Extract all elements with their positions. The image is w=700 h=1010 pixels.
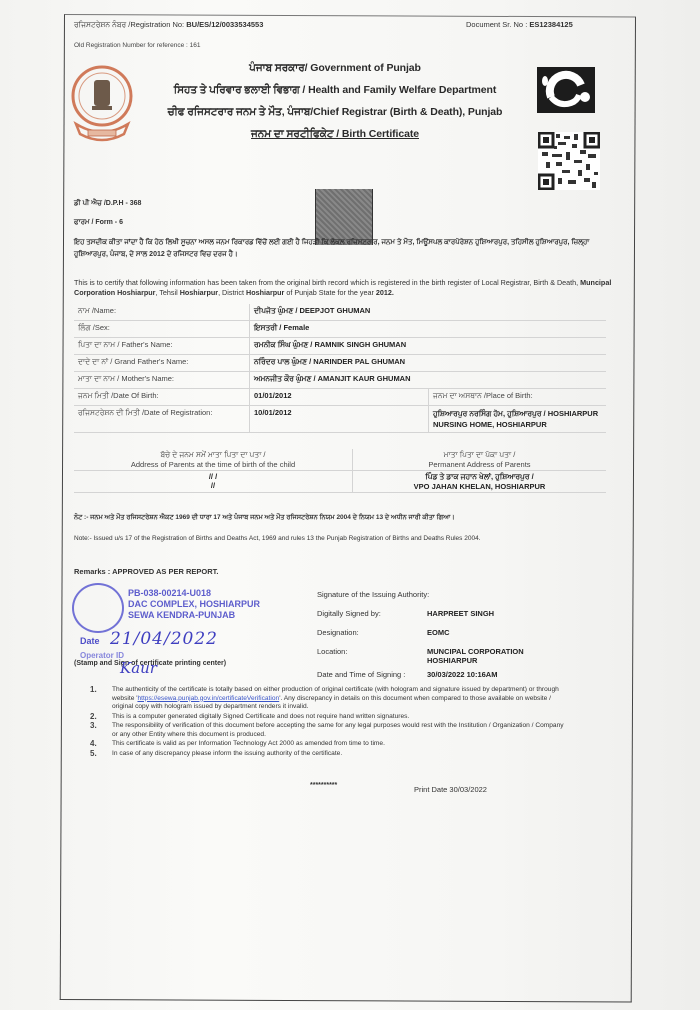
father-name-value: ਰਮਨੀਕ ਸਿੰਘ ਘੁੰਮਣ / RAMNIK SINGH GHUMAN <box>250 338 607 355</box>
birth-address-line2: // <box>78 481 348 490</box>
item-text: This is a computer generated digitally S… <box>112 713 409 720</box>
document-serial-value: ES12384125 <box>529 20 572 29</box>
table-row: ਰਜਿਸਟਰੇਸ਼ਨ ਦੀ ਮਿਤੀ /Date of Registration… <box>74 406 606 433</box>
sewa-kendra-seal-icon <box>72 583 124 633</box>
grandfather-name-value: ਨਰਿੰਦਰ ਪਾਲ ਘੁੰਮਣ / NARINDER PAL GHUMAN <box>250 355 607 372</box>
department-title: ਸਿਹਤ ਤੇ ਪਰਿਵਾਰ ਭਲਾਈ ਵਿਭਾਗ / Health and F… <box>150 84 520 97</box>
permanent-address-pa: ਪਿੰਡ ਤੇ ਡਾਕ ਜਹਾਨ ਖੇਲਾਂ, ਹੁਸ਼ਿਆਰਪੁਰ / <box>357 472 602 482</box>
intro-text-3: , District <box>218 288 246 297</box>
registration-value: BU/ES/12/0033534553 <box>186 20 263 29</box>
dph-number: ਡੀ ਪੀ ਐਚ /D.P.H - 368 <box>74 200 141 208</box>
name-label: ਨਾਮ /Name: <box>74 304 250 321</box>
table-row: ਬੱਚੇ ਦੇ ਜਨਮ ਸਮੇਂ ਮਾਤਾ ਪਿਤਾ ਦਾ ਪਤਾ / Addr… <box>74 449 606 471</box>
place-of-birth-value: ਹੁਸ਼ਿਆਰਪੁਰ ਨਰਸਿੰਗ ਹੋਮ, ਹੁਸ਼ਿਆਰਪੁਰ / HOSH… <box>429 406 607 433</box>
name-value: ਦੀਪਜੋਤ ਘੁੰਮਣ / DEEPJOT GHUMAN <box>250 304 607 321</box>
stamp-location: DAC COMPLEX, HOSHIARPUR <box>128 599 260 610</box>
end-marker: ********** <box>310 782 337 789</box>
remarks: Remarks : APPROVED AS PER REPORT. <box>74 567 219 576</box>
item-text: In case of any discrepancy please inform… <box>112 750 342 757</box>
table-row: ਮਾਤਾ ਦਾ ਨਾਮ / Mother's Name: ਅਮਨਜੀਤ ਕੌਰ … <box>74 372 606 389</box>
item-number: 5. <box>90 750 97 759</box>
registration-number: ਰਜਿਸਟਰੇਸ਼ਨ ਨੰਬਰ /Registration No: BU/ES/… <box>74 20 263 30</box>
father-name-label: ਪਿਤਾ ਦਾ ਨਾਮ / Father's Name: <box>74 338 250 355</box>
stamp-operator: Operator ID <box>80 651 124 660</box>
location-label: Location: <box>317 647 427 656</box>
item-number: 1. <box>90 686 97 695</box>
terms-list: 1. The authenticity of the certificate i… <box>90 686 570 759</box>
table-row: ਜਨਮ ਮਿਤੀ /Date Of Birth: 01/01/2012 ਜਨਮ … <box>74 389 606 406</box>
sex-value: ਇਸਤਰੀ / Female <box>250 321 607 338</box>
mother-name-label: ਮਾਤਾ ਦਾ ਨਾਮ / Mother's Name: <box>74 372 250 389</box>
birth-details-table: ਨਾਮ /Name: ਦੀਪਜੋਤ ਘੁੰਮਣ / DEEPJOT GHUMAN… <box>74 304 606 433</box>
item-text: This certificate is valid as per Informa… <box>112 740 385 747</box>
stamp-code: PB-038-00214-U018 <box>128 588 260 599</box>
handwritten-signature: Kaur <box>120 659 157 677</box>
stamp-center: SEWA KENDRA-PUNJAB <box>128 610 260 621</box>
government-title: ਪੰਜਾਬ ਸਰਕਾਰ/ Government of Punjab <box>150 62 520 75</box>
designation-value: EOMC <box>427 628 450 637</box>
stamp-date-handwritten: 21/04/2022 <box>110 629 218 649</box>
grandfather-name-label: ਦਾਦੇ ਦਾ ਨਾਂ / Grand Father's Name: <box>74 355 250 372</box>
document-serial: Document Sr. No : ES12384125 <box>466 20 573 29</box>
intro-district: Hoshiarpur <box>246 288 284 297</box>
english-legal-note: Note:- Issued u/s 17 of the Registration… <box>74 535 614 542</box>
permanent-address-header: ਮਾਤਾ ਪਿਤਾ ਦਾ ਪੱਕਾ ਪਤਾ / Permanent Addres… <box>353 449 607 471</box>
list-item: 5. In case of any discrepancy please inf… <box>90 750 570 759</box>
punjab-emblem-icon <box>70 62 134 148</box>
health-department-logo-icon <box>537 67 595 113</box>
intro-text-2: , Tehsil <box>155 288 179 297</box>
punjabi-certification-text: ਇਹ ਤਸਦੀਕ ਕੀਤਾ ਜਾਂਦਾ ਹੈ ਕਿ ਹੇਠ ਲਿਖੀ ਸੂਚਨਾ… <box>74 237 614 261</box>
signature-title: Signature of the Issuing Authority: <box>317 590 429 599</box>
list-item: 2. This is a computer generated digitall… <box>90 713 570 722</box>
designation-label: Designation: <box>317 628 427 637</box>
table-row: // / // ਪਿੰਡ ਤੇ ਡਾਕ ਜਹਾਨ ਖੇਲਾਂ, ਹੁਸ਼ਿਆਰਪ… <box>74 471 606 493</box>
stamp-text: PB-038-00214-U018 DAC COMPLEX, HOSHIARPU… <box>128 588 260 621</box>
intro-text-4: of Punjab State for the year <box>284 288 376 297</box>
certificate-heading: ਪੰਜਾਬ ਸਰਕਾਰ/ Government of Punjab ਸਿਹਤ ਤ… <box>150 62 520 150</box>
old-registration: Old Registration Number for reference : … <box>74 42 200 49</box>
registrar-title: ਚੀਫ ਰਜਿਸਟਰਾਰ ਜਨਮ ਤੇ ਮੌਤ, ਪੰਜਾਬ/Chief Reg… <box>150 106 520 119</box>
punjabi-legal-note: ਨੋਟ :- ਜਨਮ ਅਤੇ ਮੌਤ ਰਜਿਸਟਰੇਸ਼ਨ ਐਕਟ 1969 ਦ… <box>74 514 614 522</box>
form-number: ਫਾਰਮ / Form - 6 <box>74 219 123 227</box>
english-certification-text: This is to certify that following inform… <box>74 278 614 298</box>
birth-address-label-pa: ਬੱਚੇ ਦੇ ਜਨਮ ਸਮੇਂ ਮਾਤਾ ਪਿਤਾ ਦਾ ਪਤਾ / <box>78 450 348 460</box>
signing-time-value: 30/03/2022 10:16AM <box>427 670 497 679</box>
verification-link[interactable]: https://esewa.punjab.gov.in/certificateV… <box>137 695 279 702</box>
dob-label: ਜਨਮ ਮਿਤੀ /Date Of Birth: <box>74 389 250 406</box>
list-item: 3. The responsibility of verification of… <box>90 722 570 739</box>
birth-address-value: // / // <box>74 471 353 493</box>
signed-by-label: Digitally Signed by: <box>317 609 427 618</box>
registration-label: ਰਜਿਸਟਰੇਸ਼ਨ ਨੰਬਰ /Registration No: <box>74 20 184 29</box>
list-item: 1. The authenticity of the certificate i… <box>90 686 570 712</box>
qr-code-icon <box>538 132 600 190</box>
table-row: ਪਿਤਾ ਦਾ ਨਾਮ / Father's Name: ਰਮਨੀਕ ਸਿੰਘ … <box>74 338 606 355</box>
birth-address-line1: // / <box>78 472 348 481</box>
table-row: ਦਾਦੇ ਦਾ ਨਾਂ / Grand Father's Name: ਨਰਿੰਦ… <box>74 355 606 372</box>
table-row: ਲਿੰਗ /Sex: ਇਸਤਰੀ / Female <box>74 321 606 338</box>
stamp-date-label: Date <box>80 636 100 646</box>
intro-year: 2012. <box>376 288 394 297</box>
permanent-address-en: VPO JAHAN KHELAN, HOSHIARPUR <box>357 482 602 491</box>
item-number: 3. <box>90 722 97 731</box>
signing-time-label: Date and Time of Signing : <box>317 670 427 679</box>
registration-date-value: 10/01/2012 <box>250 406 429 433</box>
document-serial-label: Document Sr. No : <box>466 20 527 29</box>
permanent-address-value: ਪਿੰਡ ਤੇ ਡਾਕ ਜਹਾਨ ਖੇਲਾਂ, ਹੁਸ਼ਿਆਰਪੁਰ / VPO… <box>353 471 607 493</box>
document-page: ਰਜਿਸਟਰੇਸ਼ਨ ਨੰਬਰ /Registration No: BU/ES/… <box>0 0 700 1010</box>
signed-by-value: HARPREET SINGH <box>427 609 494 618</box>
permanent-address-label-en: Permanent Address of Parents <box>357 460 602 469</box>
registration-date-label: ਰਜਿਸਟਰੇਸ਼ਨ ਦੀ ਮਿਤੀ /Date of Registration… <box>74 406 250 433</box>
mother-name-value: ਅਮਨਜੀਤ ਕੌਰ ਘੁੰਮਣ / AMANJIT KAUR GHUMAN <box>250 372 607 389</box>
location-value: MUNCIPAL CORPORATION HOSHIARPUR <box>427 647 547 665</box>
item-number: 4. <box>90 740 97 749</box>
intro-text-1: This is to certify that following inform… <box>74 278 580 287</box>
birth-address-label-en: Address of Parents at the time of birth … <box>78 460 348 469</box>
item-number: 2. <box>90 713 97 722</box>
item-text: The responsibility of verification of th… <box>112 722 564 738</box>
list-item: 4. This certificate is valid as per Info… <box>90 740 570 749</box>
dob-value: 01/01/2012 <box>250 389 429 406</box>
place-of-birth-label: ਜਨਮ ਦਾ ਅਸਥਾਨ /Place of Birth: <box>429 389 607 406</box>
address-table: ਬੱਚੇ ਦੇ ਜਨਮ ਸਮੇਂ ਮਾਤਾ ਪਿਤਾ ਦਾ ਪਤਾ / Addr… <box>74 449 606 493</box>
print-date: Print Date 30/03/2022 <box>414 785 487 794</box>
certificate-title: ਜਨਮ ਦਾ ਸਰਟੀਫਿਕੇਟ / Birth Certificate <box>150 128 520 141</box>
permanent-address-label-pa: ਮਾਤਾ ਪਿਤਾ ਦਾ ਪੱਕਾ ਪਤਾ / <box>357 450 602 460</box>
birth-address-header: ਬੱਚੇ ਦੇ ਜਨਮ ਸਮੇਂ ਮਾਤਾ ਪਿਤਾ ਦਾ ਪਤਾ / Addr… <box>74 449 353 471</box>
table-row: ਨਾਮ /Name: ਦੀਪਜੋਤ ਘੁੰਮਣ / DEEPJOT GHUMAN <box>74 304 606 321</box>
intro-tehsil: Hoshiarpur <box>180 288 218 297</box>
sex-label: ਲਿੰਗ /Sex: <box>74 321 250 338</box>
